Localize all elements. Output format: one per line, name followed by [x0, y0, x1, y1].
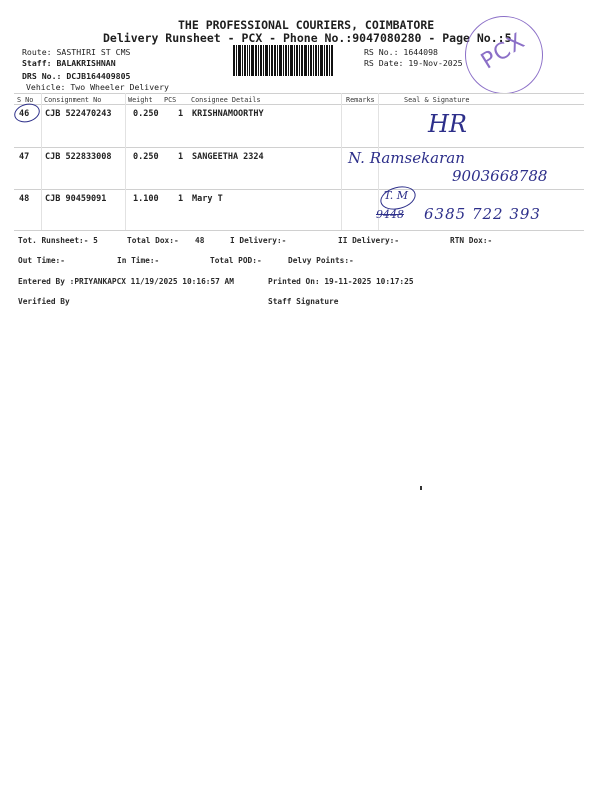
staff: Staff: BALAKRISHNAN: [22, 58, 116, 68]
scan-speck: [420, 486, 422, 490]
in-time: In Time:-: [117, 256, 159, 265]
row-pcs: 1: [178, 109, 183, 119]
row-divider: [14, 189, 584, 190]
total-dox-value: 48: [195, 236, 204, 245]
i-delivery: I Delivery:-: [230, 236, 286, 245]
column-divider: [41, 93, 42, 230]
runsheet-subtitle: Delivery Runsheet - PCX - Phone No.:9047…: [103, 31, 512, 45]
table-header-border: [14, 104, 584, 105]
tot-runsheet: Tot. Runsheet:- 5: [18, 236, 98, 245]
handwritten-signature: N. Ramsekaran: [348, 149, 465, 167]
route: Route: SASTHIRI ST CMS: [22, 47, 130, 57]
row-consignee: KRISHNAMOORTHY: [192, 109, 264, 119]
entered-by: Entered By :PRIYANKAPCX 11/19/2025 10:16…: [18, 277, 234, 286]
ii-delivery: II Delivery:-: [338, 236, 399, 245]
column-divider: [341, 93, 342, 230]
row-pcs: 1: [178, 194, 183, 204]
row-weight: 1.100: [133, 194, 159, 204]
row-consignee: SANGEETHA 2324: [192, 152, 264, 162]
row-sno: 48: [19, 194, 29, 204]
pcx-stamp: PCX: [465, 16, 543, 94]
row-weight: 0.250: [133, 152, 159, 162]
handwritten-phone: 6385 722 393: [424, 205, 541, 223]
barcode: [233, 45, 359, 76]
row-pcs: 1: [178, 152, 183, 162]
rtn-dox: RTN Dox:-: [450, 236, 492, 245]
struck-text: 9448: [376, 208, 404, 221]
drs-number: DRS No.: DCJB164409805: [22, 71, 130, 81]
total-dox-label: Total Dox:-: [127, 236, 179, 245]
rs-number: RS No.: 1644098: [364, 47, 438, 57]
col-consignment: Consignment No: [44, 96, 101, 104]
col-weight: Weight: [128, 96, 153, 104]
row-consignment: CJB 522470243: [45, 109, 112, 119]
vehicle: Vehicle: Two Wheeler Delivery: [26, 82, 169, 92]
row-weight: 0.250: [133, 109, 159, 119]
total-pod: Total POD:-: [210, 256, 262, 265]
row-consignment: CJB 522833008: [45, 152, 112, 162]
col-remarks: Remarks: [346, 96, 375, 104]
table-top-border: [14, 93, 584, 94]
verified-by: Verified By: [18, 297, 70, 306]
row-divider: [14, 147, 584, 148]
table-bottom-border: [14, 230, 584, 231]
row-consignment: CJB 90459091: [45, 194, 106, 204]
stamp-text: PCX: [477, 29, 530, 75]
row-sno: 47: [19, 152, 29, 162]
company-title: THE PROFESSIONAL COURIERS, COIMBATORE: [178, 18, 434, 32]
handwritten-phone: 9003668788: [452, 167, 547, 185]
rs-date: RS Date: 19-Nov-2025: [364, 58, 463, 68]
col-consignee: Consignee Details: [191, 96, 261, 104]
row-consignee: Mary T: [192, 194, 223, 204]
staff-signature: Staff Signature: [268, 297, 338, 306]
out-time: Out Time:-: [18, 256, 65, 265]
col-signature: Seal & Signature: [404, 96, 469, 104]
column-divider: [125, 93, 126, 230]
handwritten-signature: HR: [428, 110, 467, 138]
col-pcs: PCS: [164, 96, 176, 104]
printed-on: Printed On: 19-11-2025 10:17:25: [268, 277, 414, 286]
delvy-points: Delvy Points:-: [288, 256, 354, 265]
